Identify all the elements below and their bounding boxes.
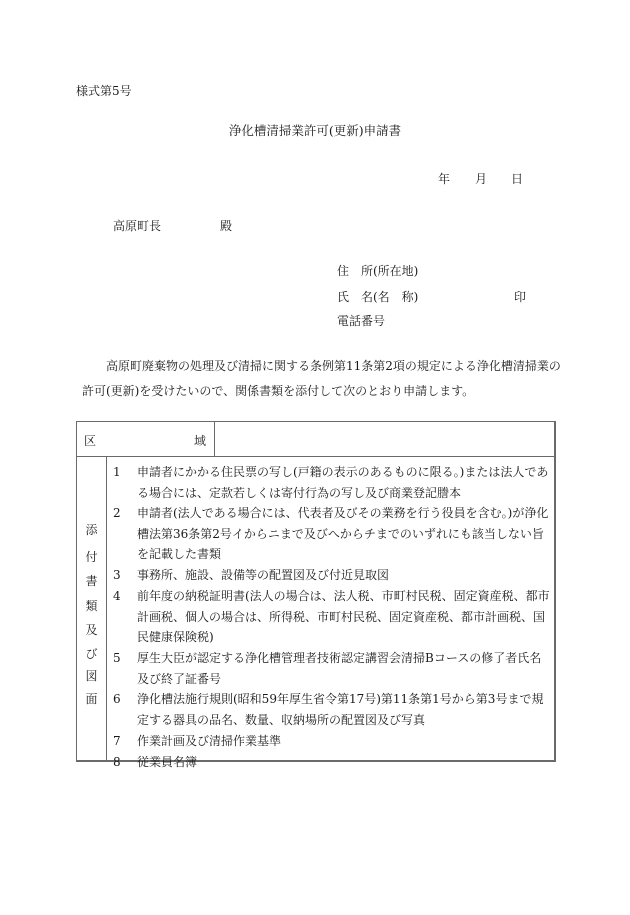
attachment-number: 6 bbox=[113, 692, 125, 706]
application-statement-text: 高原町廃棄物の処理及び清掃に関する条例第11条第2項の規定による浄化槽清掃業の許… bbox=[82, 359, 561, 398]
date-year-label: 年 bbox=[438, 172, 450, 186]
addressee-name: 高原町長 bbox=[113, 219, 161, 233]
attachment-number: 1 bbox=[113, 465, 125, 479]
document-title: 浄化槽清掃業許可(更新)申請書 bbox=[0, 124, 630, 138]
attachment-number: 4 bbox=[113, 589, 125, 603]
area-row: 区 域 bbox=[77, 422, 554, 457]
applicant-address-label: 住 所(所在地) bbox=[337, 264, 418, 278]
date-day-label: 日 bbox=[511, 172, 523, 186]
attachments-label-char: 書 bbox=[77, 574, 106, 588]
area-label-char-2: 域 bbox=[194, 432, 206, 449]
attachment-text: 事務所、施設、設備等の配置図及び付近見取図 bbox=[137, 565, 550, 586]
date-month-label: 月 bbox=[475, 172, 487, 186]
attachments-list: 1 申請者にかかる住民票の写し(戸籍の表示のあるものに限る。)または法人である場… bbox=[107, 457, 554, 760]
attachment-text: 従業員名簿 bbox=[137, 752, 550, 773]
form-number: 様式第5号 bbox=[76, 84, 132, 98]
application-table: 区 域 添 付 書 類 及 び 図 面 1 申請者にかかる住民票の写し(戸籍の表… bbox=[76, 421, 556, 762]
attachment-text: 厚生大臣が認定する浄化槽管理者技術認定講習会清掃Bコースの修了者氏名及び終了証番… bbox=[137, 648, 550, 689]
attachments-label-char: 及 bbox=[77, 623, 106, 637]
applicant-phone-label: 電話番号 bbox=[337, 314, 385, 328]
attachments-label-char: 図 bbox=[77, 669, 106, 683]
attachment-text: 申請者(法人である場合には、代表者及びその業務を行う役員を含む。)が浄化槽法第3… bbox=[137, 503, 550, 565]
attachment-number: 8 bbox=[113, 755, 125, 769]
area-label-char-1: 区 bbox=[84, 432, 96, 449]
attachments-label-char: び bbox=[77, 647, 106, 661]
application-statement: 高原町廃棄物の処理及び清掃に関する条例第11条第2項の規定による浄化槽清掃業の許… bbox=[82, 354, 562, 404]
attachment-text: 申請者にかかる住民票の写し(戸籍の表示のあるものに限る。)または法人である場合に… bbox=[137, 462, 550, 503]
addressee-suffix: 殿 bbox=[220, 219, 232, 233]
applicant-name-label: 氏 名(名 称) bbox=[337, 290, 418, 304]
area-label-cell: 区 域 bbox=[77, 422, 215, 456]
attachment-text: 前年度の納税証明書(法人の場合は、法人税、市町村民税、固定資産税、都市計画税、個… bbox=[137, 586, 550, 648]
attachments-label-char: 付 bbox=[77, 550, 106, 564]
attachment-number: 3 bbox=[113, 568, 125, 582]
attachment-number: 7 bbox=[113, 734, 125, 748]
attachment-text: 浄化槽法施行規則(昭和59年厚生省令第17号)第11条第1号から第3号まで規定す… bbox=[137, 689, 550, 730]
attachment-number: 2 bbox=[113, 506, 125, 520]
area-value-field[interactable] bbox=[215, 422, 554, 456]
attachments-label-char: 添 bbox=[77, 523, 106, 537]
seal-mark: 印 bbox=[514, 290, 526, 304]
attachment-text: 作業計画及び清掃作業基準 bbox=[137, 731, 550, 752]
attachments-label-cell: 添 付 書 類 及 び 図 面 bbox=[77, 457, 107, 760]
attachments-label-char: 面 bbox=[77, 692, 106, 706]
attachments-label-char: 類 bbox=[77, 599, 106, 613]
attachment-number: 5 bbox=[113, 651, 125, 665]
